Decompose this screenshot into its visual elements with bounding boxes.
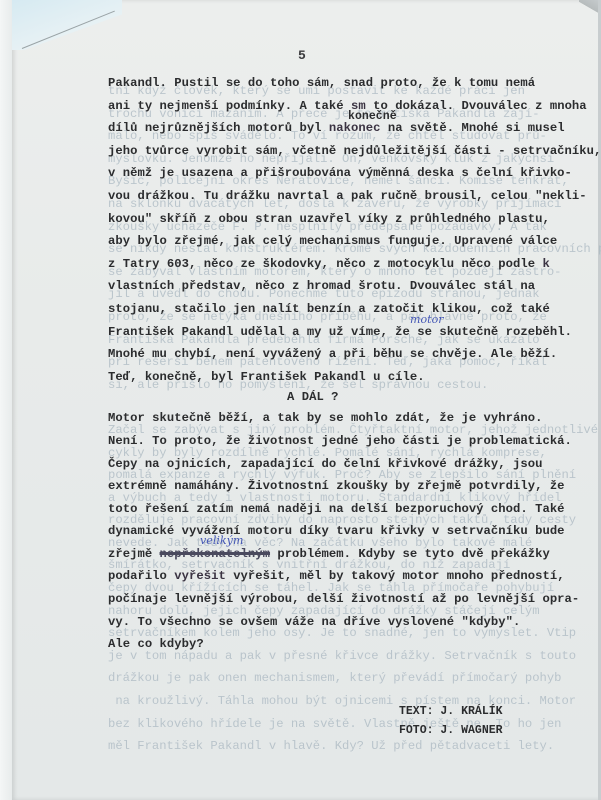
body-text: Pakandl. Pustil se do toho sám, snad pro… xyxy=(108,72,588,656)
text-line: Čepy na ojnicích, zapadající do čelní kř… xyxy=(108,453,588,476)
text-line: dynamické vyvážení motoru díky tvaru kři… xyxy=(108,520,588,543)
handwritten-insertion: velikým xyxy=(200,530,243,553)
corrected-word: skutečně xyxy=(439,325,498,339)
text-line: vlastních představ, něco z hromad šrotu.… xyxy=(108,275,588,298)
typed-insertion: konečně xyxy=(348,106,397,129)
text-line: podařilo vyřešit vyřešit, měl by takový … xyxy=(108,565,588,588)
text-line: Ale co kdyby? xyxy=(108,633,588,656)
text-line: Není. To proto, že životnost jedné jeho … xyxy=(108,430,588,453)
struck-word: vyřešit xyxy=(174,569,226,583)
section-heading: A DÁL ? xyxy=(108,388,588,407)
text-line: vy. To všechno se ovšem váže na dříve vy… xyxy=(108,611,588,634)
text-line: konečnědílů nejrůznějších motorů byl nak… xyxy=(108,117,588,140)
text-line: z Tatry 603, něco ze škodovky, něco z mo… xyxy=(108,253,588,276)
text-line: kovou" skříň z obou stran uzavřel víky z… xyxy=(108,208,588,231)
text-line: v němž je usazena a přišroubována výměnn… xyxy=(108,162,588,185)
text-line: Mnohé mu chybí, není vyvážený a při běhu… xyxy=(108,343,588,366)
text-line: extrémně namáhány. Životnostní zkoušky b… xyxy=(108,475,588,498)
text-line: počínaje levnější výrobou, delší životno… xyxy=(108,588,588,611)
text-line: toto řešení zatím nemá naději na delší b… xyxy=(108,498,588,521)
text-line: Teď, konečně, byl František Pakandl u cí… xyxy=(108,366,588,389)
folded-corner xyxy=(12,0,122,50)
text-line: velikýmzřejmě nepřekonatelným problémem.… xyxy=(108,543,588,566)
credits: TEXT: J. KRÁLÍK FOTO: J. WAGNER xyxy=(399,702,503,740)
text-line: aby bylo zřejmé, jak celý mechanismus fu… xyxy=(108,230,588,253)
text-line: Pakandl. Pustil se do toho sám, snad pro… xyxy=(108,72,588,95)
text-line: stojanu, stačilo jen nalít benzín a zato… xyxy=(108,298,588,321)
page-number: 5 xyxy=(298,48,306,63)
text-line: motorFrantišek Pakandl udělal a my už ví… xyxy=(108,321,588,344)
text-line: vou drážkou. Tu drážku navrtal a pak ruč… xyxy=(108,185,588,208)
text-line: jeho tvůrce vyrobit sám, včetně nejdůlež… xyxy=(108,140,588,163)
handwritten-insertion: motor xyxy=(410,309,444,332)
text-credit: TEXT: J. KRÁLÍK xyxy=(399,702,503,721)
photo-credit: FOTO: J. WAGNER xyxy=(399,721,503,740)
struck-word: k xyxy=(542,257,549,271)
text-line: Motor skutečně běží, a tak by se mohlo z… xyxy=(108,407,588,430)
